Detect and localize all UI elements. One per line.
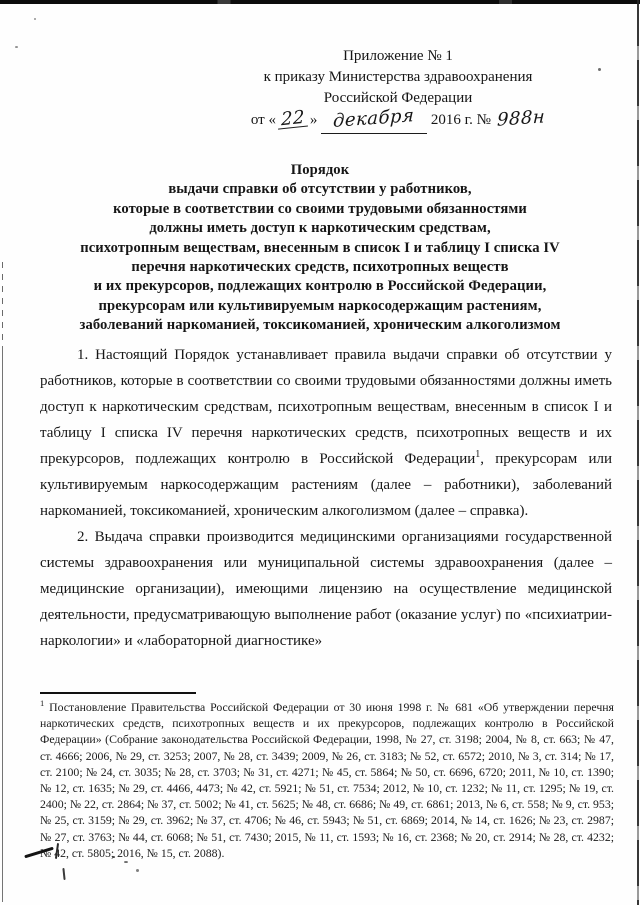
- title-line-4: должны иметь доступ к наркотическим сред…: [24, 219, 616, 238]
- footnote-1: 1 Постановление Правительства Российской…: [40, 699, 614, 861]
- scan-speck: [124, 861, 128, 863]
- paragraph-1: 1. Настоящий Порядок устанавливает прави…: [40, 342, 612, 524]
- scan-speck: [15, 46, 18, 48]
- order-date-line: от «22»декабря2016 г. №988н: [196, 110, 600, 134]
- scan-speck: [34, 18, 36, 20]
- scan-speck: [136, 869, 139, 872]
- title-line-8: прекурсорам или культивируемым наркосоде…: [24, 297, 616, 316]
- pen-mark-tick-small: [62, 868, 65, 880]
- document-title: Порядок выдачи справки об отсутствии у р…: [24, 161, 616, 336]
- title-line-9: заболеваний наркоманией, токсикоманией, …: [24, 316, 616, 335]
- title-line-2: выдачи справки об отсутствии у работнико…: [24, 180, 616, 199]
- document-body: 1. Настоящий Порядок устанавливает прави…: [40, 342, 612, 654]
- paragraph-1-text: 1. Настоящий Порядок устанавливает прави…: [40, 347, 612, 467]
- title-line-1: Порядок: [24, 161, 616, 180]
- date-year-number-label: 2016 г. №: [431, 112, 491, 128]
- handwritten-month: декабря: [333, 109, 415, 129]
- scan-edge-top: [0, 0, 640, 4]
- order-reference-line-1: к приказу Министерства здравоохранения: [196, 67, 600, 88]
- date-close-quote: »: [310, 112, 318, 128]
- scanned-document-page: Приложение № 1 к приказу Министерства зд…: [0, 0, 640, 905]
- appendix-header: Приложение № 1 к приказу Министерства зд…: [196, 46, 600, 134]
- handwritten-day: 22: [278, 110, 308, 129]
- title-line-7: и их прекурсоров, подлежащих контролю в …: [24, 277, 616, 296]
- title-line-6: перечня наркотических средств, психотроп…: [24, 258, 616, 277]
- handwritten-order-number: 988н: [497, 110, 546, 127]
- appendix-number-line: Приложение № 1: [196, 46, 600, 67]
- scan-edge-left-dashed: [2, 262, 3, 346]
- date-prefix: от «: [251, 112, 276, 128]
- title-line-3: которые в соответствии со своими трудовы…: [24, 200, 616, 219]
- title-line-5: психотропным веществам, внесенным в спис…: [24, 239, 616, 258]
- scan-edge-right: [637, 0, 639, 905]
- handwritten-month-blank: декабря: [321, 110, 426, 134]
- footnote-separator-rule: [40, 692, 196, 694]
- scan-speck: [598, 68, 601, 71]
- footnote-1-text: Постановление Правительства Российской Ф…: [40, 700, 614, 860]
- scan-speck: [112, 856, 115, 858]
- paragraph-2: 2. Выдача справки производится медицинск…: [40, 524, 612, 654]
- scan-edge-left: [2, 346, 3, 902]
